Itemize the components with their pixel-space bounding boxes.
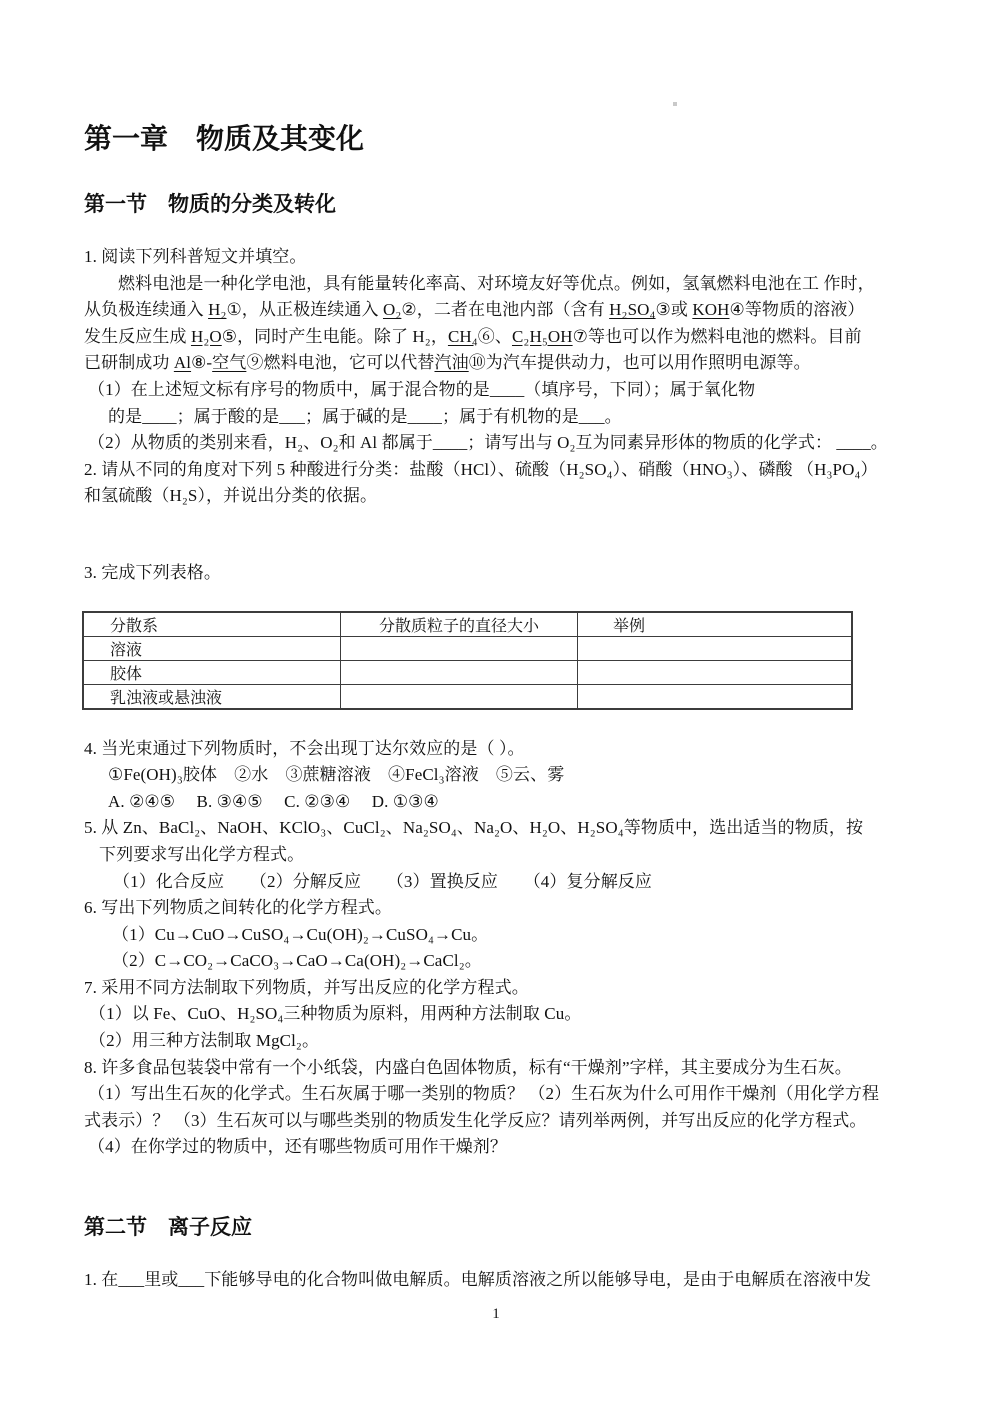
text-line-19: 下列要求写出化学方程式。 — [84, 842, 906, 869]
table-cell: 乳浊液或悬浊液 — [83, 684, 341, 709]
underlined-term: CH₄ — [448, 327, 478, 346]
text-segment: （2）用三种方法制取 MgCl₂。 — [89, 1031, 319, 1050]
text-line-4: 从负极连续通入 H₂①，从正极连续通入 O₂②，二者在电池内部（含有 H₂SO₄… — [84, 297, 906, 324]
table-header-row: 分散系分散质粒子的直径大小举例 — [83, 612, 852, 637]
text-segment: 1. 阅读下列科普短文并填空。 — [84, 247, 307, 266]
text-line-28: （1）写出生石灰的化学式。生石灰属于哪一类别的物质？ （2）生石灰为什么可用作干… — [84, 1081, 906, 1108]
text-segment: ①Fe(OH)₃胶体 ②水 ③蔗糖溶液 ④FeCl₃溶液 ⑤云、雾 — [108, 765, 564, 784]
text-segment: 发生反应生成 — [84, 327, 191, 346]
dispersion-systems-table: 分散系分散质粒子的直径大小举例溶液胶体乳浊液或悬浊液 — [82, 611, 853, 710]
text-line-18: 5. 从 Zn、BaCl₂、NaOH、KClO₃、CuCl₂、Na₂SO₄、Na… — [84, 815, 906, 842]
table-row: 胶体 — [83, 660, 852, 684]
table-cell — [341, 660, 578, 684]
text-segment: ⑦等也可以作为燃料电池的燃料。目前 — [573, 327, 862, 346]
text-segment: ⑨燃料电池，它可以代替 — [246, 353, 434, 372]
text-segment: ⑩为汽车提供动力，也可以用作照明电源等。 — [469, 353, 811, 372]
table-cell — [578, 684, 853, 709]
text-line-9: （2）从物质的类别来看，H₂、O₂和 Al 都属于____；请写出与 O₂互为同… — [84, 430, 906, 457]
text-line-13: 3. 完成下列表格。 — [84, 560, 906, 587]
table-cell — [341, 636, 578, 660]
text-segment: （1）在上述短文标有序号的物质中，属于混合物的是____（填序号，下同）；属于氧… — [88, 380, 755, 399]
underlined-term: H₂ — [208, 300, 226, 319]
document-page: 第一章 物质及其变化第一节 物质的分类及转化1. 阅读下列科普短文并填空。燃料电… — [0, 0, 992, 1403]
text-segment: 1. 在___里或___下能够导电的化合物叫做电解质。电解质溶液之所以能够导电，… — [84, 1270, 871, 1289]
spacer — [84, 510, 906, 560]
document-content: 第一章 物质及其变化第一节 物质的分类及转化1. 阅读下列科普短文并填空。燃料电… — [84, 122, 906, 1294]
text-segment: （1）写出生石灰的化学式。生石灰属于哪一类别的物质？ （2）生石灰为什么可用作干… — [88, 1084, 879, 1103]
text-line-26: （2）用三种方法制取 MgCl₂。 — [84, 1028, 906, 1055]
text-segment: A. ②④⑤ B. ③④⑤ C. ②③④ D. ①③④ — [108, 792, 439, 811]
text-line-10: 2. 请从不同的角度对下列 5 种酸进行分类：盐酸（HCl）、硫酸（H₂SO₄）… — [84, 457, 906, 484]
table-cell: 溶液 — [83, 636, 341, 660]
underlined-term: Al — [174, 353, 191, 372]
text-segment: （2）从物质的类别来看，H₂、O₂和 Al 都属于____；请写出与 O₂互为同… — [88, 433, 888, 452]
text-line-22: （1）Cu→CuO→CuSO₄→Cu(OH)₂→CuSO₄→Cu。 — [84, 922, 906, 949]
text-line-24: 7. 采用不同方法制取下列物质，并写出反应的化学方程式。 — [84, 975, 906, 1002]
text-line-16: ①Fe(OH)₃胶体 ②水 ③蔗糖溶液 ④FeCl₃溶液 ⑤云、雾 — [84, 762, 906, 789]
page-number: 1 — [0, 1306, 992, 1323]
text-segment: 从负极连续通入 — [84, 300, 208, 319]
table-header-cell: 分散系 — [83, 612, 341, 637]
text-segment: 和氢硫酸（H₂S），并说出分类的依据。 — [84, 486, 377, 505]
text-segment: 2. 请从不同的角度对下列 5 种酸进行分类：盐酸（HCl）、硫酸（H₂SO₄）… — [84, 460, 878, 479]
text-segment: ⑤，同时产生电能。除了 H₂， — [222, 327, 448, 346]
text-line-29: 式表示）？ （3）生石灰可以与哪些类别的物质发生化学反应？请列举两例，并写出反应… — [84, 1108, 906, 1135]
underlined-term: 空气 — [212, 353, 246, 372]
text-line-2: 1. 阅读下列科普短文并填空。 — [84, 244, 906, 271]
section-2-title: 第二节 离子反应 — [84, 1213, 906, 1241]
text-segment: （4）在你学过的物质中，还有哪些物质可用作干燥剂？ — [88, 1137, 507, 1156]
text-line-32: 1. 在___里或___下能够导电的化合物叫做电解质。电解质溶液之所以能够导电，… — [84, 1267, 906, 1294]
table-cell — [341, 684, 578, 709]
text-segment: 4. 当光束通过下列物质时，不会出现丁达尔效应的是（ ）。 — [84, 739, 525, 758]
text-segment: 式表示）？ （3）生石灰可以与哪些类别的物质发生化学反应？请列举两例，并写出反应… — [84, 1111, 866, 1130]
text-segment: 的是____；属于酸的是___；属于碱的是____；属于有机物的是___。 — [108, 407, 622, 426]
text-segment: 8. 许多食品包装袋中常有一个小纸袋，内盛白色固体物质，标有“干燥剂”字样，其主… — [84, 1058, 852, 1077]
table-row: 乳浊液或悬浊液 — [83, 684, 852, 709]
underlined-term: C₂H₅OH — [512, 327, 573, 346]
text-segment: （1）化合反应 （2）分解反应 （3）置换反应 （4）复分解反应 — [113, 872, 652, 891]
text-line-21: 6. 写出下列物质之间转化的化学方程式。 — [84, 895, 906, 922]
text-segment: 燃料电池是一种化学电池，具有能量转化率高、对环境友好等优点。例如，氢氧燃料电池在… — [118, 274, 875, 293]
stray-mark — [673, 102, 677, 106]
text-segment: （2）C→CO₂→CaCO₃→CaO→Ca(OH)₂→CaCl₂。 — [112, 951, 482, 970]
text-segment: 6. 写出下列物质之间转化的化学方程式。 — [84, 898, 392, 917]
text-line-17: A. ②④⑤ B. ③④⑤ C. ②③④ D. ①③④ — [84, 789, 906, 816]
text-line-20: （1）化合反应 （2）分解反应 （3）置换反应 （4）复分解反应 — [84, 869, 906, 896]
section-1-title: 第一节 物质的分类及转化 — [84, 190, 906, 218]
table-header-cell: 分散质粒子的直径大小 — [341, 612, 578, 637]
text-line-11: 和氢硫酸（H₂S），并说出分类的依据。 — [84, 483, 906, 510]
text-segment: ②，二者在电池内部（含有 — [401, 300, 609, 319]
text-segment: （1）Cu→CuO→CuSO₄→Cu(OH)₂→CuSO₄→Cu。 — [112, 925, 488, 944]
underlined-term: H₂O — [191, 327, 222, 346]
text-line-7: （1）在上述短文标有序号的物质中，属于混合物的是____（填序号，下同）；属于氧… — [84, 377, 906, 404]
underlined-term: O₂ — [383, 300, 401, 319]
text-line-15: 4. 当光束通过下列物质时，不会出现丁达尔效应的是（ ）。 — [84, 736, 906, 763]
underlined-term: KOH — [692, 300, 729, 319]
text-line-27: 8. 许多食品包装袋中常有一个小纸袋，内盛白色固体物质，标有“干燥剂”字样，其主… — [84, 1055, 906, 1082]
table-row: 溶液 — [83, 636, 852, 660]
text-segment: 3. 完成下列表格。 — [84, 563, 221, 582]
text-segment: ⑧- — [191, 353, 212, 372]
text-segment: 5. 从 Zn、BaCl₂、NaOH、KClO₃、CuCl₂、Na₂SO₄、Na… — [84, 818, 863, 837]
text-line-3: 燃料电池是一种化学电池，具有能量转化率高、对环境友好等优点。例如，氢氧燃料电池在… — [84, 271, 906, 298]
text-segment: ③或 — [656, 300, 693, 319]
text-segment: 已研制成功 — [84, 353, 174, 372]
text-line-30: （4）在你学过的物质中，还有哪些物质可用作干燥剂？ — [84, 1134, 906, 1161]
table-cell — [578, 636, 853, 660]
text-line-23: （2）C→CO₂→CaCO₃→CaO→Ca(OH)₂→CaCl₂。 — [84, 948, 906, 975]
text-line-6: 已研制成功 Al⑧-空气⑨燃料电池，它可以代替汽油⑩为汽车提供动力，也可以用作照… — [84, 350, 906, 377]
table-cell — [578, 660, 853, 684]
text-segment: ①，从正极连续通入 — [226, 300, 383, 319]
text-line-8: 的是____；属于酸的是___；属于碱的是____；属于有机物的是___。 — [84, 404, 906, 431]
table-header-cell: 举例 — [578, 612, 853, 637]
chapter-title: 第一章 物质及其变化 — [84, 122, 906, 158]
text-segment: 7. 采用不同方法制取下列物质，并写出反应的化学方程式。 — [84, 978, 529, 997]
underlined-term: 汽油 — [434, 353, 468, 372]
text-segment: （1）以 Fe、CuO、H₂SO₄三种物质为原料，用两种方法制取 Cu。 — [89, 1004, 581, 1023]
text-segment: ④等物质的溶液） — [729, 300, 864, 319]
text-segment: ⑥、 — [478, 327, 512, 346]
text-line-25: （1）以 Fe、CuO、H₂SO₄三种物质为原料，用两种方法制取 Cu。 — [84, 1001, 906, 1028]
text-segment: 下列要求写出化学方程式。 — [99, 845, 304, 864]
table-cell: 胶体 — [83, 660, 341, 684]
underlined-term: H₂SO₄ — [609, 300, 655, 319]
text-line-5: 发生反应生成 H₂O⑤，同时产生电能。除了 H₂，CH₄⑥、C₂H₅OH⑦等也可… — [84, 324, 906, 351]
